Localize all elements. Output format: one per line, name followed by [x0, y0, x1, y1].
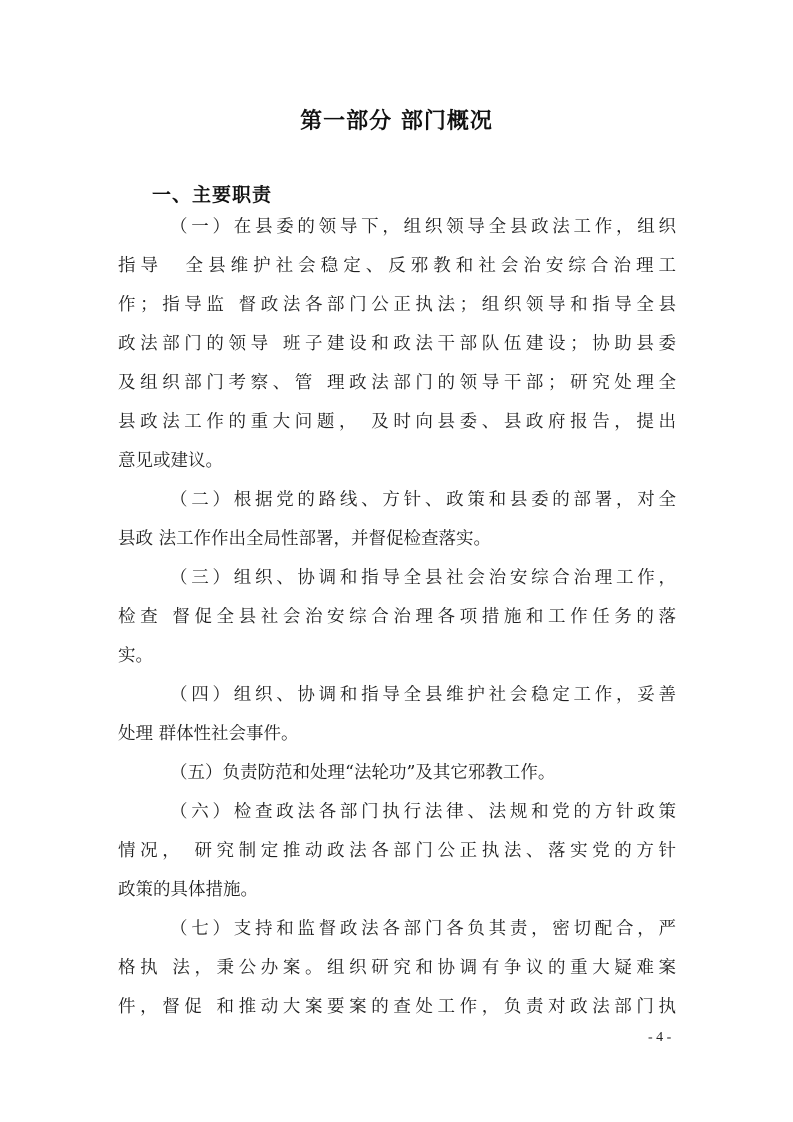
body-line: （五）负责防范和处理“法轮功”及其它邪教工作。: [170, 761, 676, 785]
body-line: 指导 全县维护社会稳定、反邪教和社会治安综合治理工: [118, 254, 676, 278]
body-line: （一）在县委的领导下，组织领导全县政法工作，组织: [170, 215, 676, 239]
body-line: 县政 法工作作出全局性部署，并督促检查落实。: [118, 527, 676, 551]
body-line: 政策的具体措施。: [118, 878, 676, 902]
body-line: 及组织部门考察、管 理政法部门的领导干部；研究处理全: [118, 371, 676, 395]
body-line: 作；指导监 督政法各部门公正执法；组织领导和指导全县: [118, 293, 676, 317]
body-line: （七）支持和监督政法各部门各负其责，密切配合，严: [170, 917, 676, 941]
body-line: 政法部门的领导 班子建设和政法干部队伍建设；协助县委: [118, 332, 676, 356]
body-line: （四）组织、协调和指导全县维护社会稳定工作，妥善: [170, 683, 676, 707]
body-line: 件，督促 和推动大案要案的查处工作，负责对政法部门执: [118, 995, 676, 1019]
body-line: 意见或建议。: [118, 449, 676, 473]
body-line: 县政法工作的重大问题， 及时向县委、县政府报告，提出: [118, 410, 676, 434]
page-number: - 4 -: [648, 1030, 671, 1046]
body-line: （三）组织、协调和指导全县社会治安综合治理工作，: [170, 566, 676, 590]
body-line: 处理 群体性社会事件。: [118, 722, 676, 746]
page-title: 第一部分 部门概况: [0, 104, 793, 135]
body-line: 格执 法，秉公办案。组织研究和协调有争议的重大疑难案: [118, 956, 676, 980]
body-line: （六）检查政法各部门执行法律、法规和党的方针政策: [170, 800, 676, 824]
section-heading: 一、主要职责: [152, 180, 272, 207]
body-line: 实。: [118, 644, 676, 668]
body-line: （二）根据党的路线、方针、政策和县委的部署，对全: [170, 488, 676, 512]
body-line: 检查 督促全县社会治安综合治理各项措施和工作任务的落: [118, 605, 676, 629]
body-line: 情况， 研究制定推动政法各部门公正执法、落实党的方针: [118, 839, 676, 863]
document-page: 第一部分 部门概况 一、主要职责 （一）在县委的领导下，组织领导全县政法工作，组…: [0, 0, 793, 1122]
